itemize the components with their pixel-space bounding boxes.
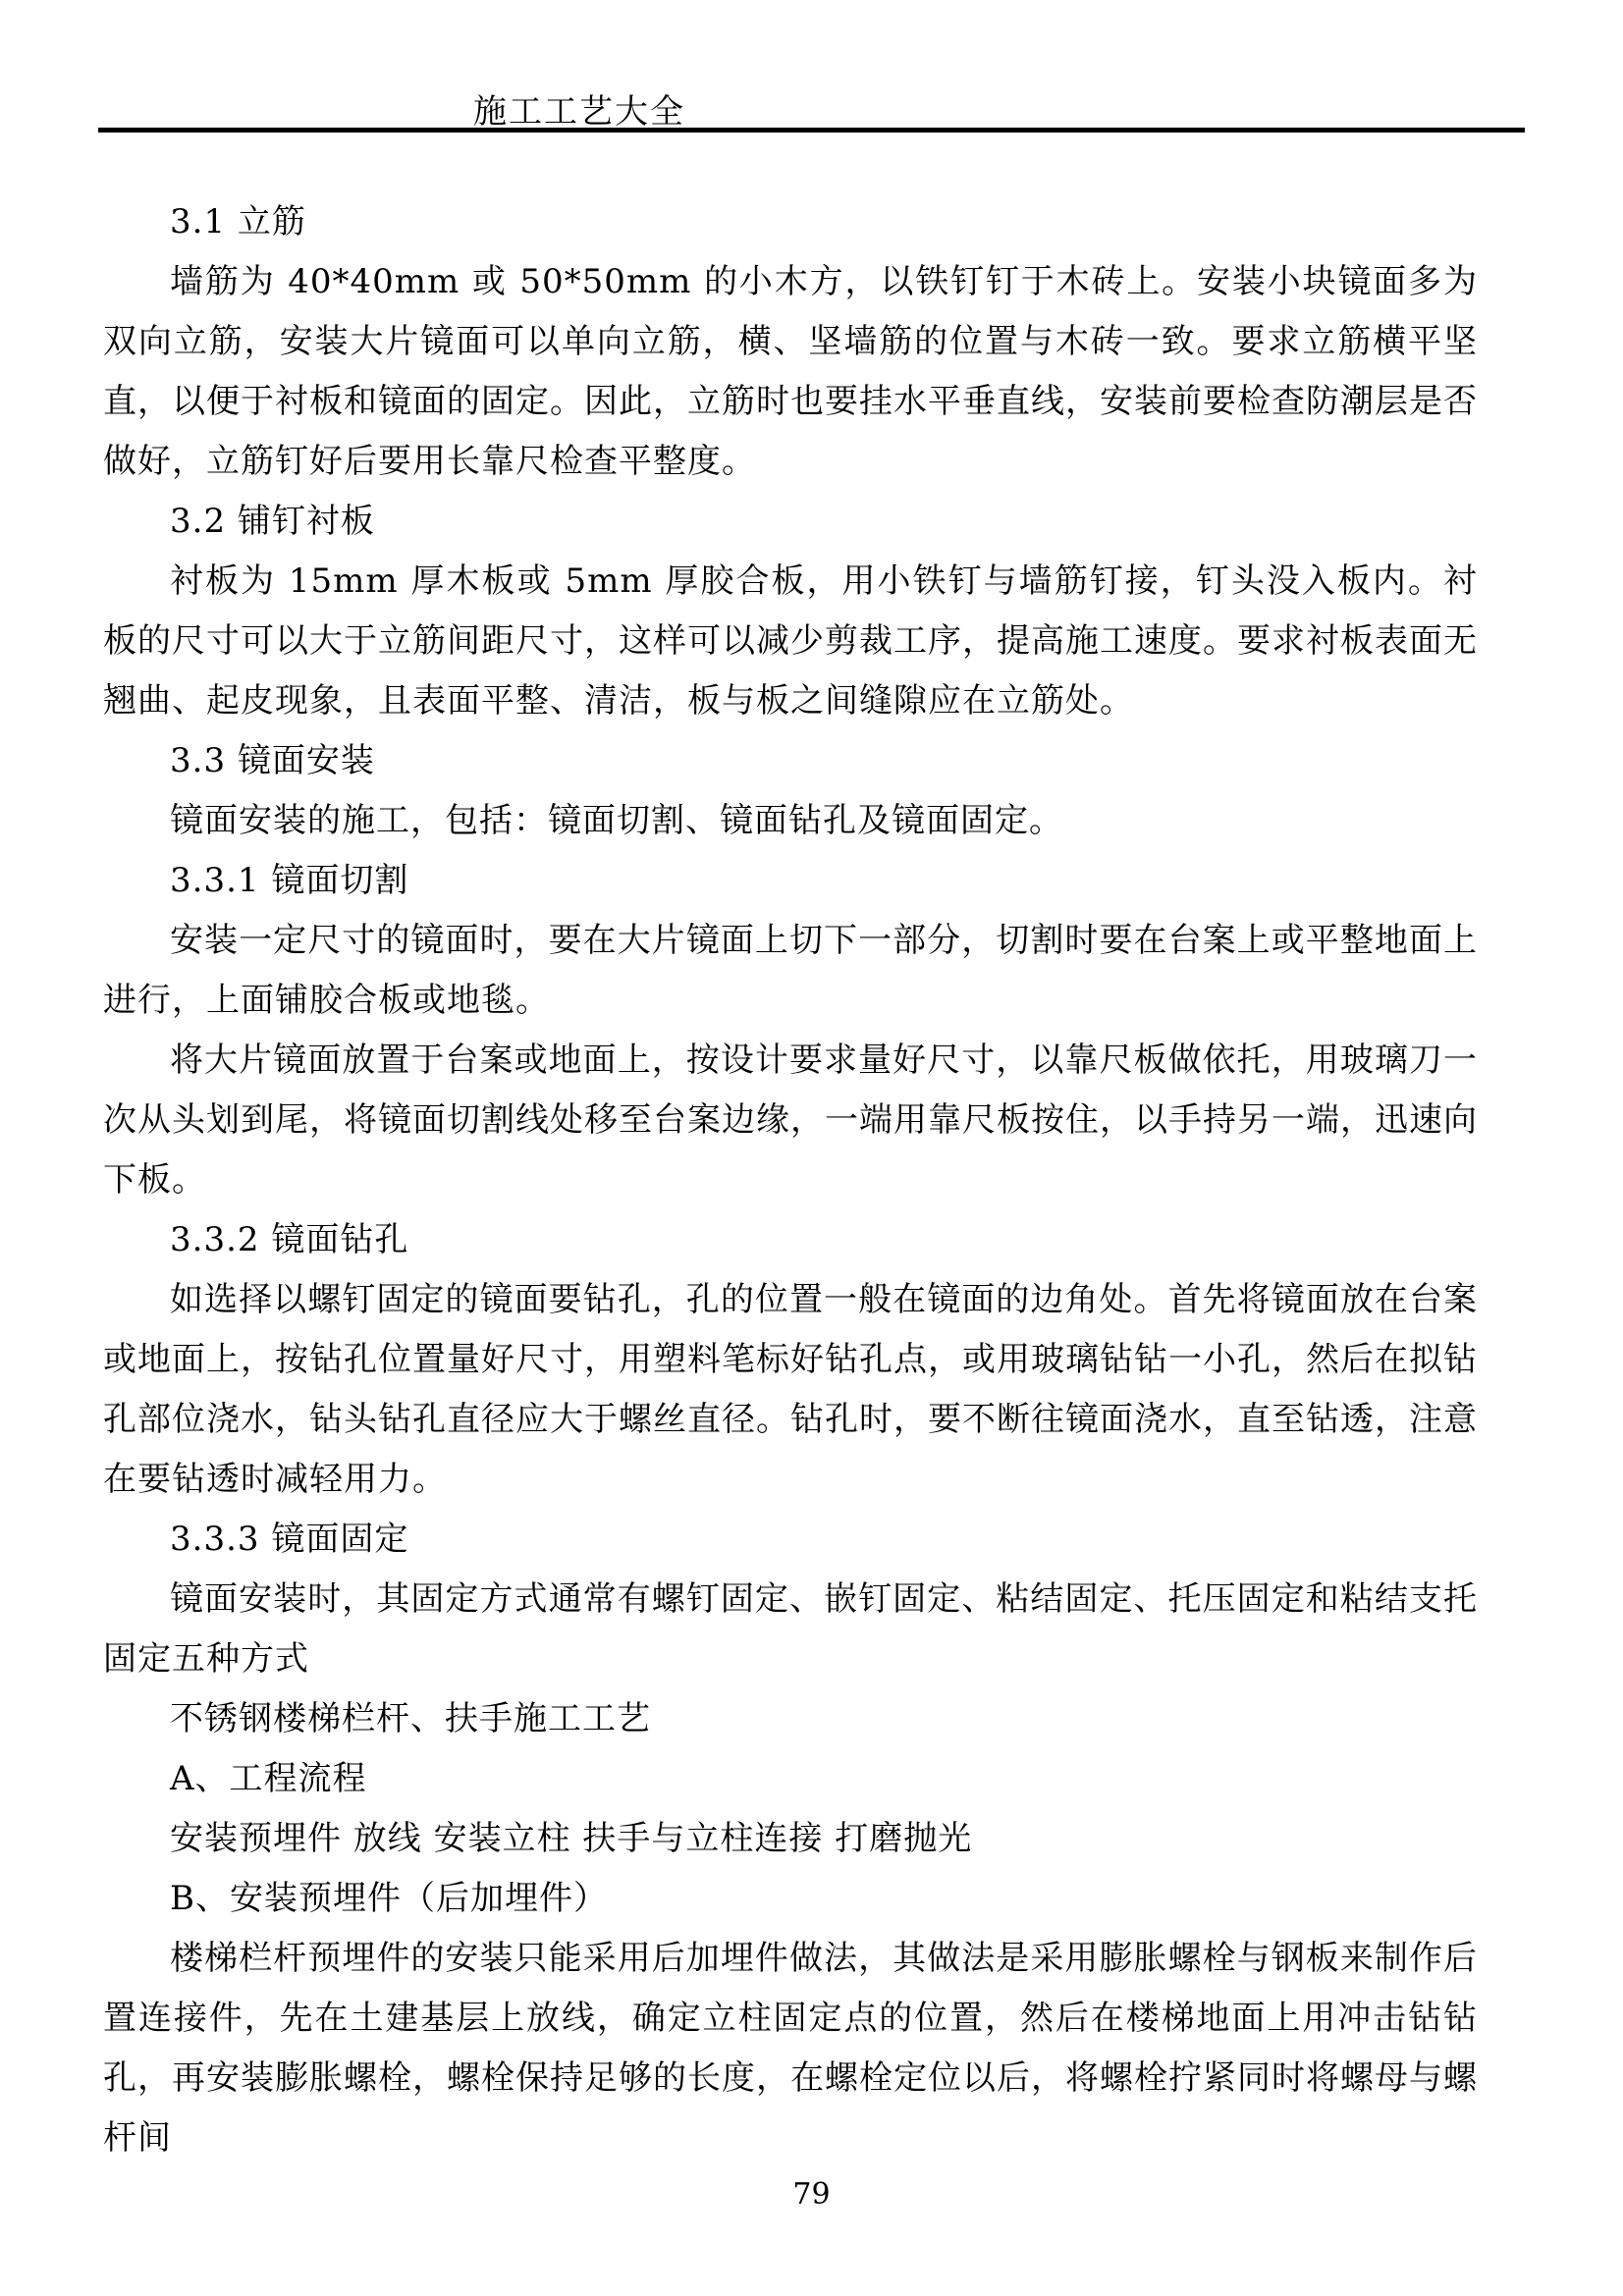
heading-3-1-lijin: 3.1 立筋 [103,192,1478,252]
para-chenban: 衬板为 15mm 厚木板或 5mm 厚胶合板，用小铁钉与墙筋钉接，钉头没入板内。… [103,552,1478,731]
para-jingmian-anzhuang: 镜面安装的施工，包括：镜面切割、镜面钻孔及镜面固定。 [103,791,1478,851]
heading-3-2-chenban: 3.2 铺钉衬板 [103,492,1478,552]
para-qiangjin: 墙筋为 40*40mm 或 50*50mm 的小木方，以铁钉钉于木砖上。安装小块… [103,252,1478,492]
para-guding: 镜面安装时，其固定方式通常有螺钉固定、嵌钉固定、粘结固定、托压固定和粘结支托固定… [103,1570,1478,1689]
heading-b-embedded: B、安装预埋件（后加埋件） [103,1869,1478,1929]
para-zuankong: 如选择以螺钉固定的镜面要钻孔，孔的位置一般在镜面的边角处。首先将镜面放在台案或地… [103,1270,1478,1510]
para-qiege-2: 将大片镜面放置于台案或地面上，按设计要求量好尺寸，以靠尺板做依托，用玻璃刀一次从… [103,1031,1478,1210]
header-divider-rule [98,128,1525,133]
page-number: 79 [0,2177,1623,2212]
para-process-flow: 安装预埋件 放线 安装立柱 扶手与立柱连接 打磨抛光 [103,1809,1478,1869]
heading-a-process: A、工程流程 [103,1749,1478,1809]
para-qiege-1: 安装一定尺寸的镜面时，要在大片镜面上切下一部分，切割时要在台案上或平整地面上进行… [103,911,1478,1031]
heading-3-3-3-guding: 3.3.3 镜面固定 [103,1510,1478,1570]
heading-stainless-steel: 不锈钢楼梯栏杆、扶手施工工艺 [103,1689,1478,1749]
document-page: 施工工艺大全 3.1 立筋 墙筋为 40*40mm 或 50*50mm 的小木方… [0,0,1623,2296]
para-embedded: 楼梯栏杆预埋件的安装只能采用后加埋件做法，其做法是采用膨胀螺栓与钢板来制作后置连… [103,1929,1478,2168]
document-body: 3.1 立筋 墙筋为 40*40mm 或 50*50mm 的小木方，以铁钉钉于木… [103,192,1478,2168]
heading-3-3-1-qiege: 3.3.1 镜面切割 [103,851,1478,911]
heading-3-3-2-zuankong: 3.3.2 镜面钻孔 [103,1210,1478,1270]
page-header-title: 施工工艺大全 [0,84,1159,133]
heading-3-3-jingmian: 3.3 镜面安装 [103,731,1478,791]
